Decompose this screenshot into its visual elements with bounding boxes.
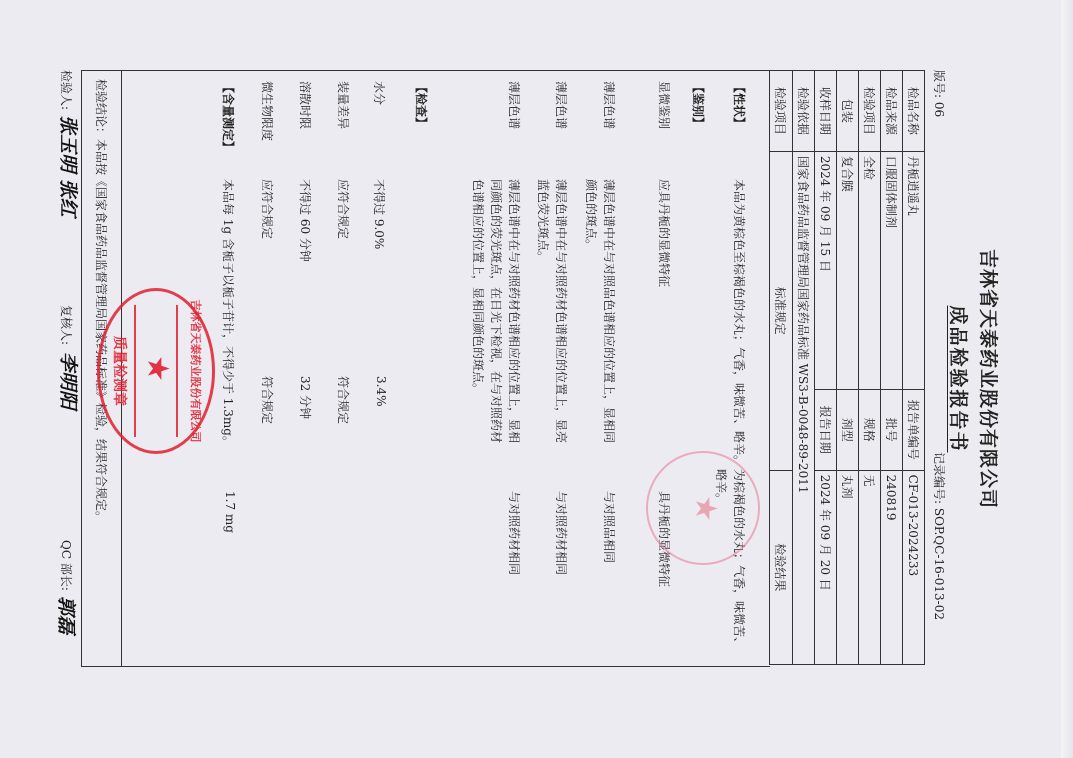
table-row: 检品来源 口服固体制剂 批号 240819 <box>881 71 903 665</box>
weight-variation-result: 符合规定 <box>335 376 352 424</box>
item-tlc-2: 薄层色谱 <box>553 81 570 129</box>
table-row: 检验依据 国家食品药品监督管理局国家药品标准 WS3-B-0048-89-201… <box>793 71 815 665</box>
label-report-date: 报告日期 <box>815 389 837 470</box>
col-header-standard: 标准规定 <box>770 151 793 470</box>
inspector-signature: 张玉明 张红 <box>56 115 83 217</box>
label-test-items: 检验项目 <box>859 71 881 152</box>
value-product-name: 丹栀逍遥丸 <box>903 151 925 389</box>
tlc-3-result: 与对照药材相同 <box>506 491 523 575</box>
assay-result: 1.7 mg <box>223 491 237 533</box>
version-number: 版号: 06 <box>931 70 948 117</box>
table-row: 收样日期 2024 年 09 月 15 日 报告日期 2024 年 09 月 2… <box>815 71 837 665</box>
section-character: 【性状】 <box>731 81 748 129</box>
label-dosage-form: 剂型 <box>837 389 859 470</box>
moisture-result: 3.4% <box>374 376 388 407</box>
qc-head-signature: 郭磊 <box>54 596 81 634</box>
seal-company-text: 吉林省天泰药业股份有限公司 <box>188 291 204 451</box>
value-source: 口服固体制剂 <box>881 151 903 389</box>
qc-head-label: QC 部长: <box>58 540 75 591</box>
label-source: 检品来源 <box>881 71 903 152</box>
report-title: 成品检验报告书 <box>946 0 973 758</box>
weight-variation-standard: 应符合规定 <box>335 179 352 239</box>
value-spec: 无 <box>859 470 881 664</box>
character-standard: 本品为黄棕色至棕褐色的水丸；气香，味微苦、略辛。 <box>730 179 748 469</box>
value-packaging: 复合膜 <box>837 151 859 389</box>
label-batch-no: 批号 <box>881 389 903 470</box>
label-report-no: 报告单编号 <box>903 389 925 470</box>
item-tlc-3: 薄层色谱 <box>506 81 523 129</box>
value-basis: 国家食品药品监督管理局国家药品标准 WS3-B-0048-89-2011 <box>793 151 815 664</box>
tlc-2-standard: 薄层色谱中在与对照药材色谱相应的位置上，显亮蓝色荧光斑点。 <box>534 179 570 449</box>
report-info-table: 检品名称 丹栀逍遥丸 报告单编号 CF-013-2024233 检品来源 口服固… <box>769 70 925 665</box>
microbial-standard: 应符合规定 <box>259 179 276 239</box>
reviewer-signature: 李明阳 <box>56 352 83 409</box>
tlc-3-standard: 薄层色谱中在与对照药材色谱相应的位置上，显相同颜色的荧光斑点，在日光下检视，在与… <box>469 179 523 449</box>
value-receipt-date: 2024 年 09 月 15 日 <box>815 151 837 389</box>
microscopic-standard: 应具丹栀的显微特征 <box>655 179 673 419</box>
value-test-items: 全检 <box>859 151 881 389</box>
label-spec: 规格 <box>859 389 881 470</box>
company-name: 吉林省天泰药业股份有限公司 <box>976 0 1003 758</box>
value-report-date: 2024 年 09 月 20 日 <box>815 470 837 664</box>
item-microscopic: 显微鉴别 <box>656 81 673 129</box>
assay-standard: 本品每 1g 含栀子以栀子苷计，不得少于 1.3mg。 <box>220 179 237 448</box>
item-tlc-1: 薄层色谱 <box>601 81 618 129</box>
seal-divider <box>176 305 178 437</box>
item-microbial: 微生物限度 <box>259 81 276 141</box>
table-header-row: 检验项目 标准规定 检验结果 <box>770 71 793 665</box>
microbial-result: 符合规定 <box>259 376 276 424</box>
item-disintegration: 溶散时限 <box>297 81 314 129</box>
record-number: 记录编号: SOP.QC-16-013-02 <box>931 452 948 620</box>
item-moisture: 水分 <box>371 81 388 105</box>
conclusion-text: 检验结论：本品按《国家食品药品监督管理局国家药品标准》检验，结果符合规定。 <box>93 79 110 523</box>
test-results-body: 【性状】 本品为黄棕色至棕褐色的水丸；气香，味微苦、略辛。 为棕褐色的水丸；气香… <box>121 70 770 667</box>
label-receipt-date: 收样日期 <box>815 71 837 152</box>
inspection-report-page: 吉林省天泰药业股份有限公司 成品检验报告书 版号: 06 记录编号: SOP.Q… <box>0 0 1073 758</box>
tlc-2-result: 与对照药材相同 <box>553 491 570 575</box>
company-seal: 吉林省天泰药业股份有限公司 ★ 质量检测章 <box>97 288 215 454</box>
table-row: 包装 复合膜 剂型 丸剂 <box>837 71 859 665</box>
label-packaging: 包装 <box>837 71 859 152</box>
col-header-item: 检验项目 <box>770 71 793 152</box>
value-dosage-form: 丸剂 <box>837 470 859 664</box>
seal-star-icon: ★ <box>142 355 172 382</box>
tlc-1-result: 与对照品相同 <box>601 491 618 563</box>
inspector-label: 检验人: <box>58 70 75 110</box>
stamp-star-icon: ★ <box>690 495 720 522</box>
section-assay: 【含量测定】 <box>220 81 237 153</box>
disintegration-standard: 不得过 60 分钟 <box>297 179 314 262</box>
table-row: 检验项目 全检 规格 无 <box>859 71 881 665</box>
seal-sub-text: 质量检测章 <box>110 291 130 451</box>
seal-divider <box>134 305 136 437</box>
disintegration-result: 32 分钟 <box>297 376 314 419</box>
section-inspection: 【检查】 <box>413 81 430 129</box>
table-row: 检品名称 丹栀逍遥丸 报告单编号 CF-013-2024233 <box>903 71 925 665</box>
reviewer-label: 复核人: <box>58 305 75 345</box>
moisture-standard: 不得过 9.0% <box>371 179 388 249</box>
value-report-no: CF-013-2024233 <box>903 470 925 664</box>
value-batch-no: 240819 <box>881 470 903 664</box>
qc-stamp-faint: ★ <box>646 451 760 565</box>
item-weight-variation: 装量差异 <box>335 81 352 129</box>
col-header-result: 检验结果 <box>770 470 793 664</box>
tlc-1-standard: 薄层色谱中在与对照品色谱相应的位置上，显相同颜色的斑点。 <box>582 179 618 449</box>
section-identification: 【鉴别】 <box>690 81 707 129</box>
label-basis: 检验依据 <box>793 71 815 152</box>
label-product-name: 检品名称 <box>903 71 925 152</box>
